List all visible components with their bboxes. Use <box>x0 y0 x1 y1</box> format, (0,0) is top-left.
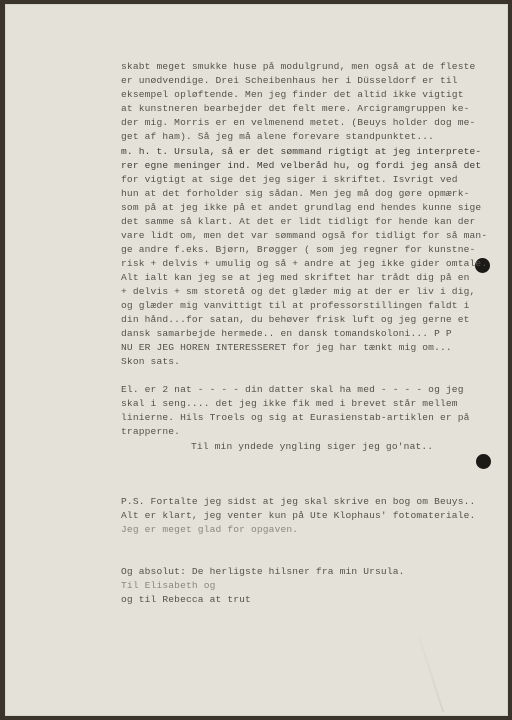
text-line: Til min yndede yngling siger jeg go'nat.… <box>191 440 433 454</box>
text-line: som på at jeg ikke på et andet grundlag … <box>121 201 481 215</box>
text-line: m. h. t. Ursula, så er det sømmand rigti… <box>121 145 481 159</box>
text-line: det samme så klart. At det er lidt tidli… <box>121 215 475 229</box>
text-line: der mig. Morris er en velmenend metet. (… <box>121 116 475 130</box>
text-line: din hånd...for satan, du behøver frisk l… <box>121 313 470 327</box>
text-line: hun at det forholder sig sådan. Men jeg … <box>121 187 470 201</box>
text-line: dansk samarbejde hermede.. en dansk toma… <box>121 327 452 341</box>
text-line: El. er 2 nat - - - - din datter skal ha … <box>121 383 464 397</box>
text-line: at kunstneren bearbejder det felt mere. … <box>121 102 470 116</box>
text-line: Alt er klart, jeg venter kun på Ute Klop… <box>121 509 475 523</box>
text-line: Skon sats. <box>121 355 180 369</box>
text-line: skabt meget smukke huse på modulgrund, m… <box>121 60 475 74</box>
text-line: trapperne. <box>121 425 180 439</box>
text-line: eksempel opløftende. Men jeg finder det … <box>121 88 464 102</box>
text-line: vare lidt om, men det var sømmand også f… <box>121 229 487 243</box>
text-line: er unødvendige. Drei Scheibenhaus her i … <box>121 74 458 88</box>
text-line: Alt ialt kan jeg se at jeg med skriftet … <box>121 271 470 285</box>
text-line: risk + delvis + umulig og så + andre at … <box>121 257 487 271</box>
text-line: for vigtigt at sige det jeg siger i skri… <box>121 173 458 187</box>
text-line: ge andre f.eks. Bjørn, Brøgger ( som jeg… <box>121 243 475 257</box>
letter-body: skabt meget smukke huse på modulgrund, m… <box>121 4 511 629</box>
text-line: Til Elisabeth og <box>121 579 216 593</box>
text-line: rer egne meninger ind. Med velberåd hu, … <box>121 159 481 173</box>
text-line: NU ER JEG HOREN INTERESSERET for jeg har… <box>121 341 452 355</box>
text-line: Jeg er meget glad for opgaven. <box>121 523 298 537</box>
text-line: Og absolut: De herligste hilsner fra min… <box>121 565 405 579</box>
text-line: + delvis + sm storetå og det glæder mig … <box>121 285 475 299</box>
text-line: linierne. Hils Troels og sig at Eurasien… <box>121 411 470 425</box>
paper-fold-crease <box>418 636 445 713</box>
text-line: P.S. Fortalte jeg sidst at jeg skal skri… <box>121 495 475 509</box>
text-line: og glæder mig vanvittigt til at professo… <box>121 299 470 313</box>
text-line: og til Rebecca at trut <box>121 593 251 607</box>
text-line: get af ham). Så jeg må alene forevare st… <box>121 130 434 144</box>
letter-page: skabt meget smukke huse på modulgrund, m… <box>5 4 508 716</box>
text-line: skal i seng.... det jeg ikke fik med i b… <box>121 397 458 411</box>
